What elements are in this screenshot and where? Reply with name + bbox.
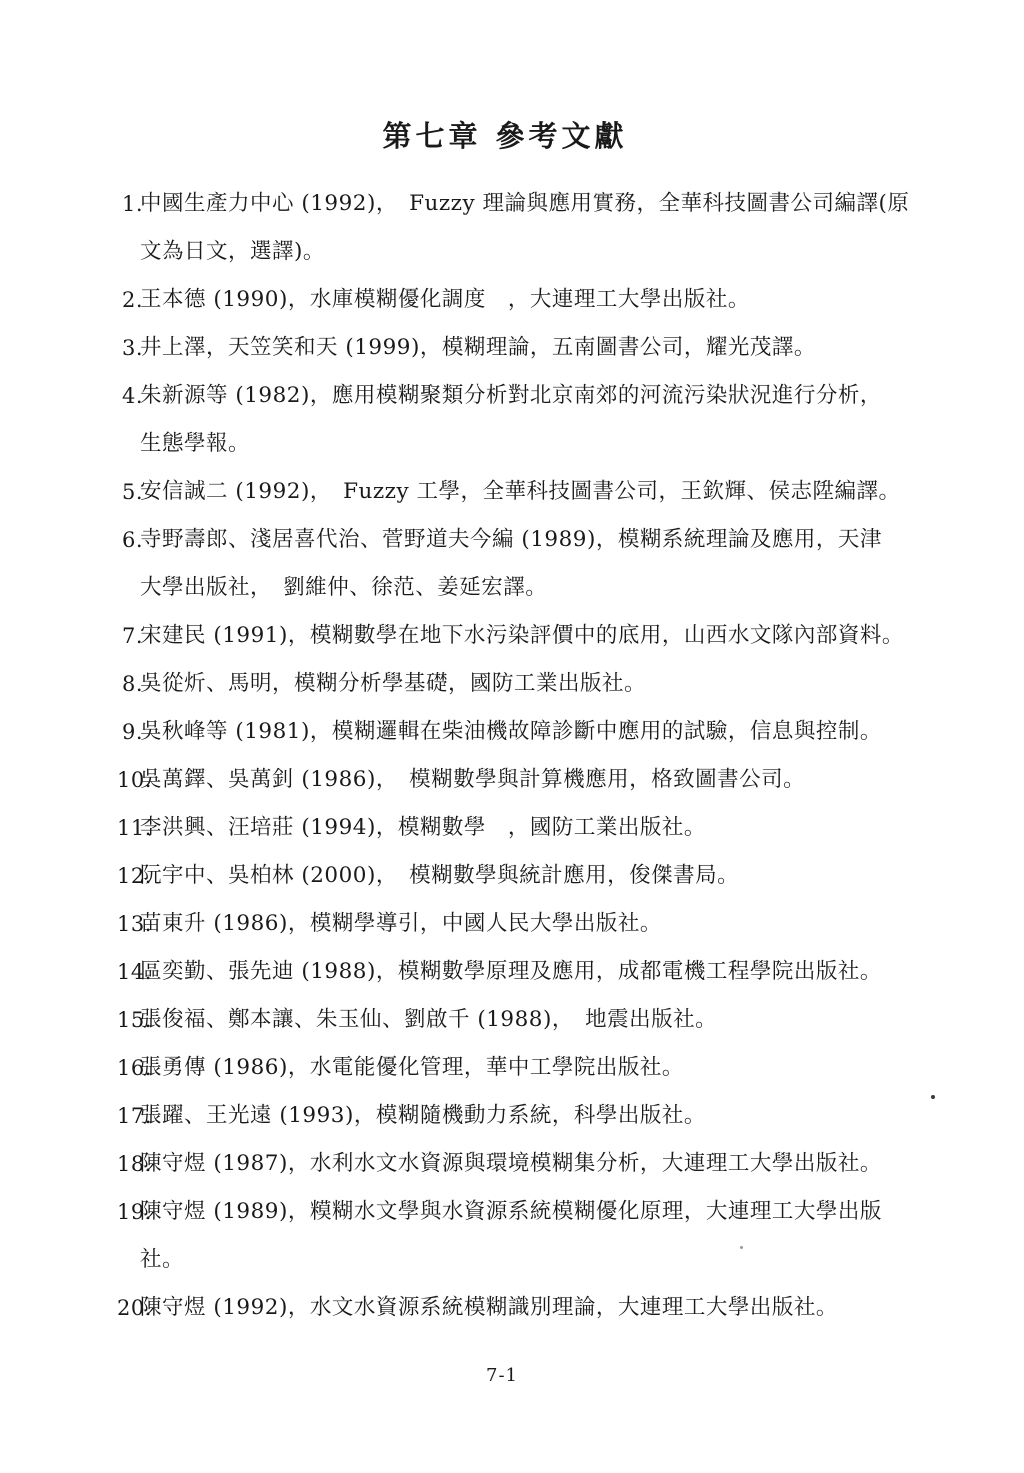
reference-number: 10. (117, 756, 152, 804)
reference-item: 4.朱新源等 (1982)，應用模糊聚類分析對北京南郊的河流污染狀況進行分析， … (0, 372, 930, 468)
reference-number: 18. (117, 1140, 152, 1188)
page-number: 7-1 (0, 1362, 1004, 1390)
reference-item: 18.陳守煜 (1987)，水利水文水資源與環境模糊集分析，大連理工大學出版社。 (0, 1140, 930, 1188)
reference-number: 12. (117, 852, 152, 900)
reference-item: 13.苗東升 (1986)，模糊學導引，中國人民大學出版社。 (0, 900, 930, 948)
reference-text: 張勇傳 (1986)，水電能優化管理，華中工學院出版社。 (140, 1055, 684, 1080)
reference-item: 19.陳守煜 (1989)，糢糊水文學與水資源系統模糊優化原理，大連理工大學出版… (0, 1188, 930, 1284)
reference-item: 14.區奕勤、張先迪 (1988)，模糊數學原理及應用，成都電機工程學院出版社。 (0, 948, 930, 996)
reference-item: 7.宋建民 (1991)，模糊數學在地下水污染評價中的底用，山西水文隊內部資料。 (0, 612, 930, 660)
reference-number: 13. (117, 900, 152, 948)
reference-number: 6. (122, 516, 143, 564)
reference-item: 15.張俊福、鄭本讓、朱玉仙、劉啟千 (1988)， 地震出版社。 (0, 996, 930, 1044)
scan-artifact-dot (740, 1246, 743, 1249)
reference-text: 陳守煜 (1987)，水利水文水資源與環境模糊集分析，大連理工大學出版社。 (140, 1151, 882, 1176)
reference-item: 1.中國生產力中心 (1992)， Fuzzy 理論與應用實務，全華科技圖書公司… (0, 180, 930, 276)
reference-text: 吳萬鐸、吳萬釗 (1986)， 模糊數學與計算機應用，格致圖書公司。 (140, 767, 805, 792)
reference-number: 11. (117, 804, 152, 852)
reference-text: 寺野壽郎、淺居喜代治、菅野道夫今編 (1989)，模糊系統理論及應用，天津 大學… (140, 527, 882, 600)
reference-number: 4. (122, 372, 143, 420)
reference-item: 17.張躍、王光遠 (1993)，模糊隨機動力系統，科學出版社。 (0, 1092, 930, 1140)
reference-item: 10.吳萬鐸、吳萬釗 (1986)， 模糊數學與計算機應用，格致圖書公司。 (0, 756, 930, 804)
reference-number: 3. (122, 324, 143, 372)
reference-text: 苗東升 (1986)，模糊學導引，中國人民大學出版社。 (140, 911, 662, 936)
reference-number: 14. (117, 948, 152, 996)
reference-text: 安信誠二 (1992)， Fuzzy 工學，全華科技圖書公司，王欽輝、侯志陞編譯… (140, 479, 900, 504)
scan-artifact-dot (931, 1095, 935, 1099)
reference-number: 16. (117, 1044, 152, 1092)
reference-number: 15. (117, 996, 152, 1044)
reference-item: 11.李洪興、汪培莊 (1994)，模糊數學 ，國防工業出版社。 (0, 804, 930, 852)
reference-number: 17. (117, 1092, 152, 1140)
reference-text: 王本德 (1990)，水庫模糊優化調度 ，大連理工大學出版社。 (140, 287, 750, 312)
page-title: 第七章 參考文獻 (0, 116, 1010, 156)
reference-text: 張俊福、鄭本讓、朱玉仙、劉啟千 (1988)， 地震出版社。 (140, 1007, 717, 1032)
reference-text: 阮宇中、吳柏林 (2000)， 模糊數學與統計應用，俊傑書局。 (140, 863, 739, 888)
reference-item: 12.阮宇中、吳柏林 (2000)， 模糊數學與統計應用，俊傑書局。 (0, 852, 930, 900)
reference-number: 8. (122, 660, 143, 708)
reference-list: 1.中國生產力中心 (1992)， Fuzzy 理論與應用實務，全華科技圖書公司… (0, 180, 1024, 1332)
reference-text: 陳守煜 (1989)，糢糊水文學與水資源系統模糊優化原理，大連理工大學出版 社。 (140, 1199, 882, 1272)
reference-item: 6.寺野壽郎、淺居喜代治、菅野道夫今編 (1989)，模糊系統理論及應用，天津 … (0, 516, 930, 612)
reference-text: 區奕勤、張先迪 (1988)，模糊數學原理及應用，成都電機工程學院出版社。 (140, 959, 882, 984)
reference-text: 李洪興、汪培莊 (1994)，模糊數學 ，國防工業出版社。 (140, 815, 706, 840)
reference-text: 陳守煜 (1992)，水文水資源系統模糊識別理論，大連理工大學出版社。 (140, 1295, 838, 1320)
reference-text: 中國生產力中心 (1992)， Fuzzy 理論與應用實務，全華科技圖書公司編譯… (140, 191, 909, 264)
reference-item: 20.陳守煜 (1992)，水文水資源系統模糊識別理論，大連理工大學出版社。 (0, 1284, 930, 1332)
reference-number: 2. (122, 276, 143, 324)
reference-item: 9.吳秋峰等 (1981)，模糊邏輯在柴油機故障診斷中應用的試驗，信息與控制。 (0, 708, 930, 756)
reference-number: 5. (122, 468, 143, 516)
reference-number: 7. (122, 612, 143, 660)
reference-text: 朱新源等 (1982)，應用模糊聚類分析對北京南郊的河流污染狀況進行分析， 生態… (140, 383, 882, 456)
reference-number: 1. (122, 180, 143, 228)
reference-item: 8.吳從炘、馬明，模糊分析學基礎，國防工業出版社。 (0, 660, 930, 708)
reference-text: 宋建民 (1991)，模糊數學在地下水污染評價中的底用，山西水文隊內部資料。 (140, 623, 904, 648)
reference-item: 3.井上澤，天笠笑和天 (1999)，模糊理論，五南圖書公司，耀光茂譯。 (0, 324, 930, 372)
reference-text: 張躍、王光遠 (1993)，模糊隨機動力系統，科學出版社。 (140, 1103, 706, 1128)
document-page: 第七章 參考文獻 1.中國生產力中心 (1992)， Fuzzy 理論與應用實務… (0, 0, 1024, 1473)
reference-item: 2.王本德 (1990)，水庫模糊優化調度 ，大連理工大學出版社。 (0, 276, 930, 324)
reference-number: 9. (122, 708, 143, 756)
reference-text: 井上澤，天笠笑和天 (1999)，模糊理論，五南圖書公司，耀光茂譯。 (140, 335, 816, 360)
reference-number: 20. (117, 1284, 152, 1332)
reference-text: 吳從炘、馬明，模糊分析學基礎，國防工業出版社。 (140, 671, 646, 696)
reference-item: 16.張勇傳 (1986)，水電能優化管理，華中工學院出版社。 (0, 1044, 930, 1092)
reference-number: 19. (117, 1188, 152, 1236)
reference-text: 吳秋峰等 (1981)，模糊邏輯在柴油機故障診斷中應用的試驗，信息與控制。 (140, 719, 882, 744)
reference-item: 5.安信誠二 (1992)， Fuzzy 工學，全華科技圖書公司，王欽輝、侯志陞… (0, 468, 930, 516)
